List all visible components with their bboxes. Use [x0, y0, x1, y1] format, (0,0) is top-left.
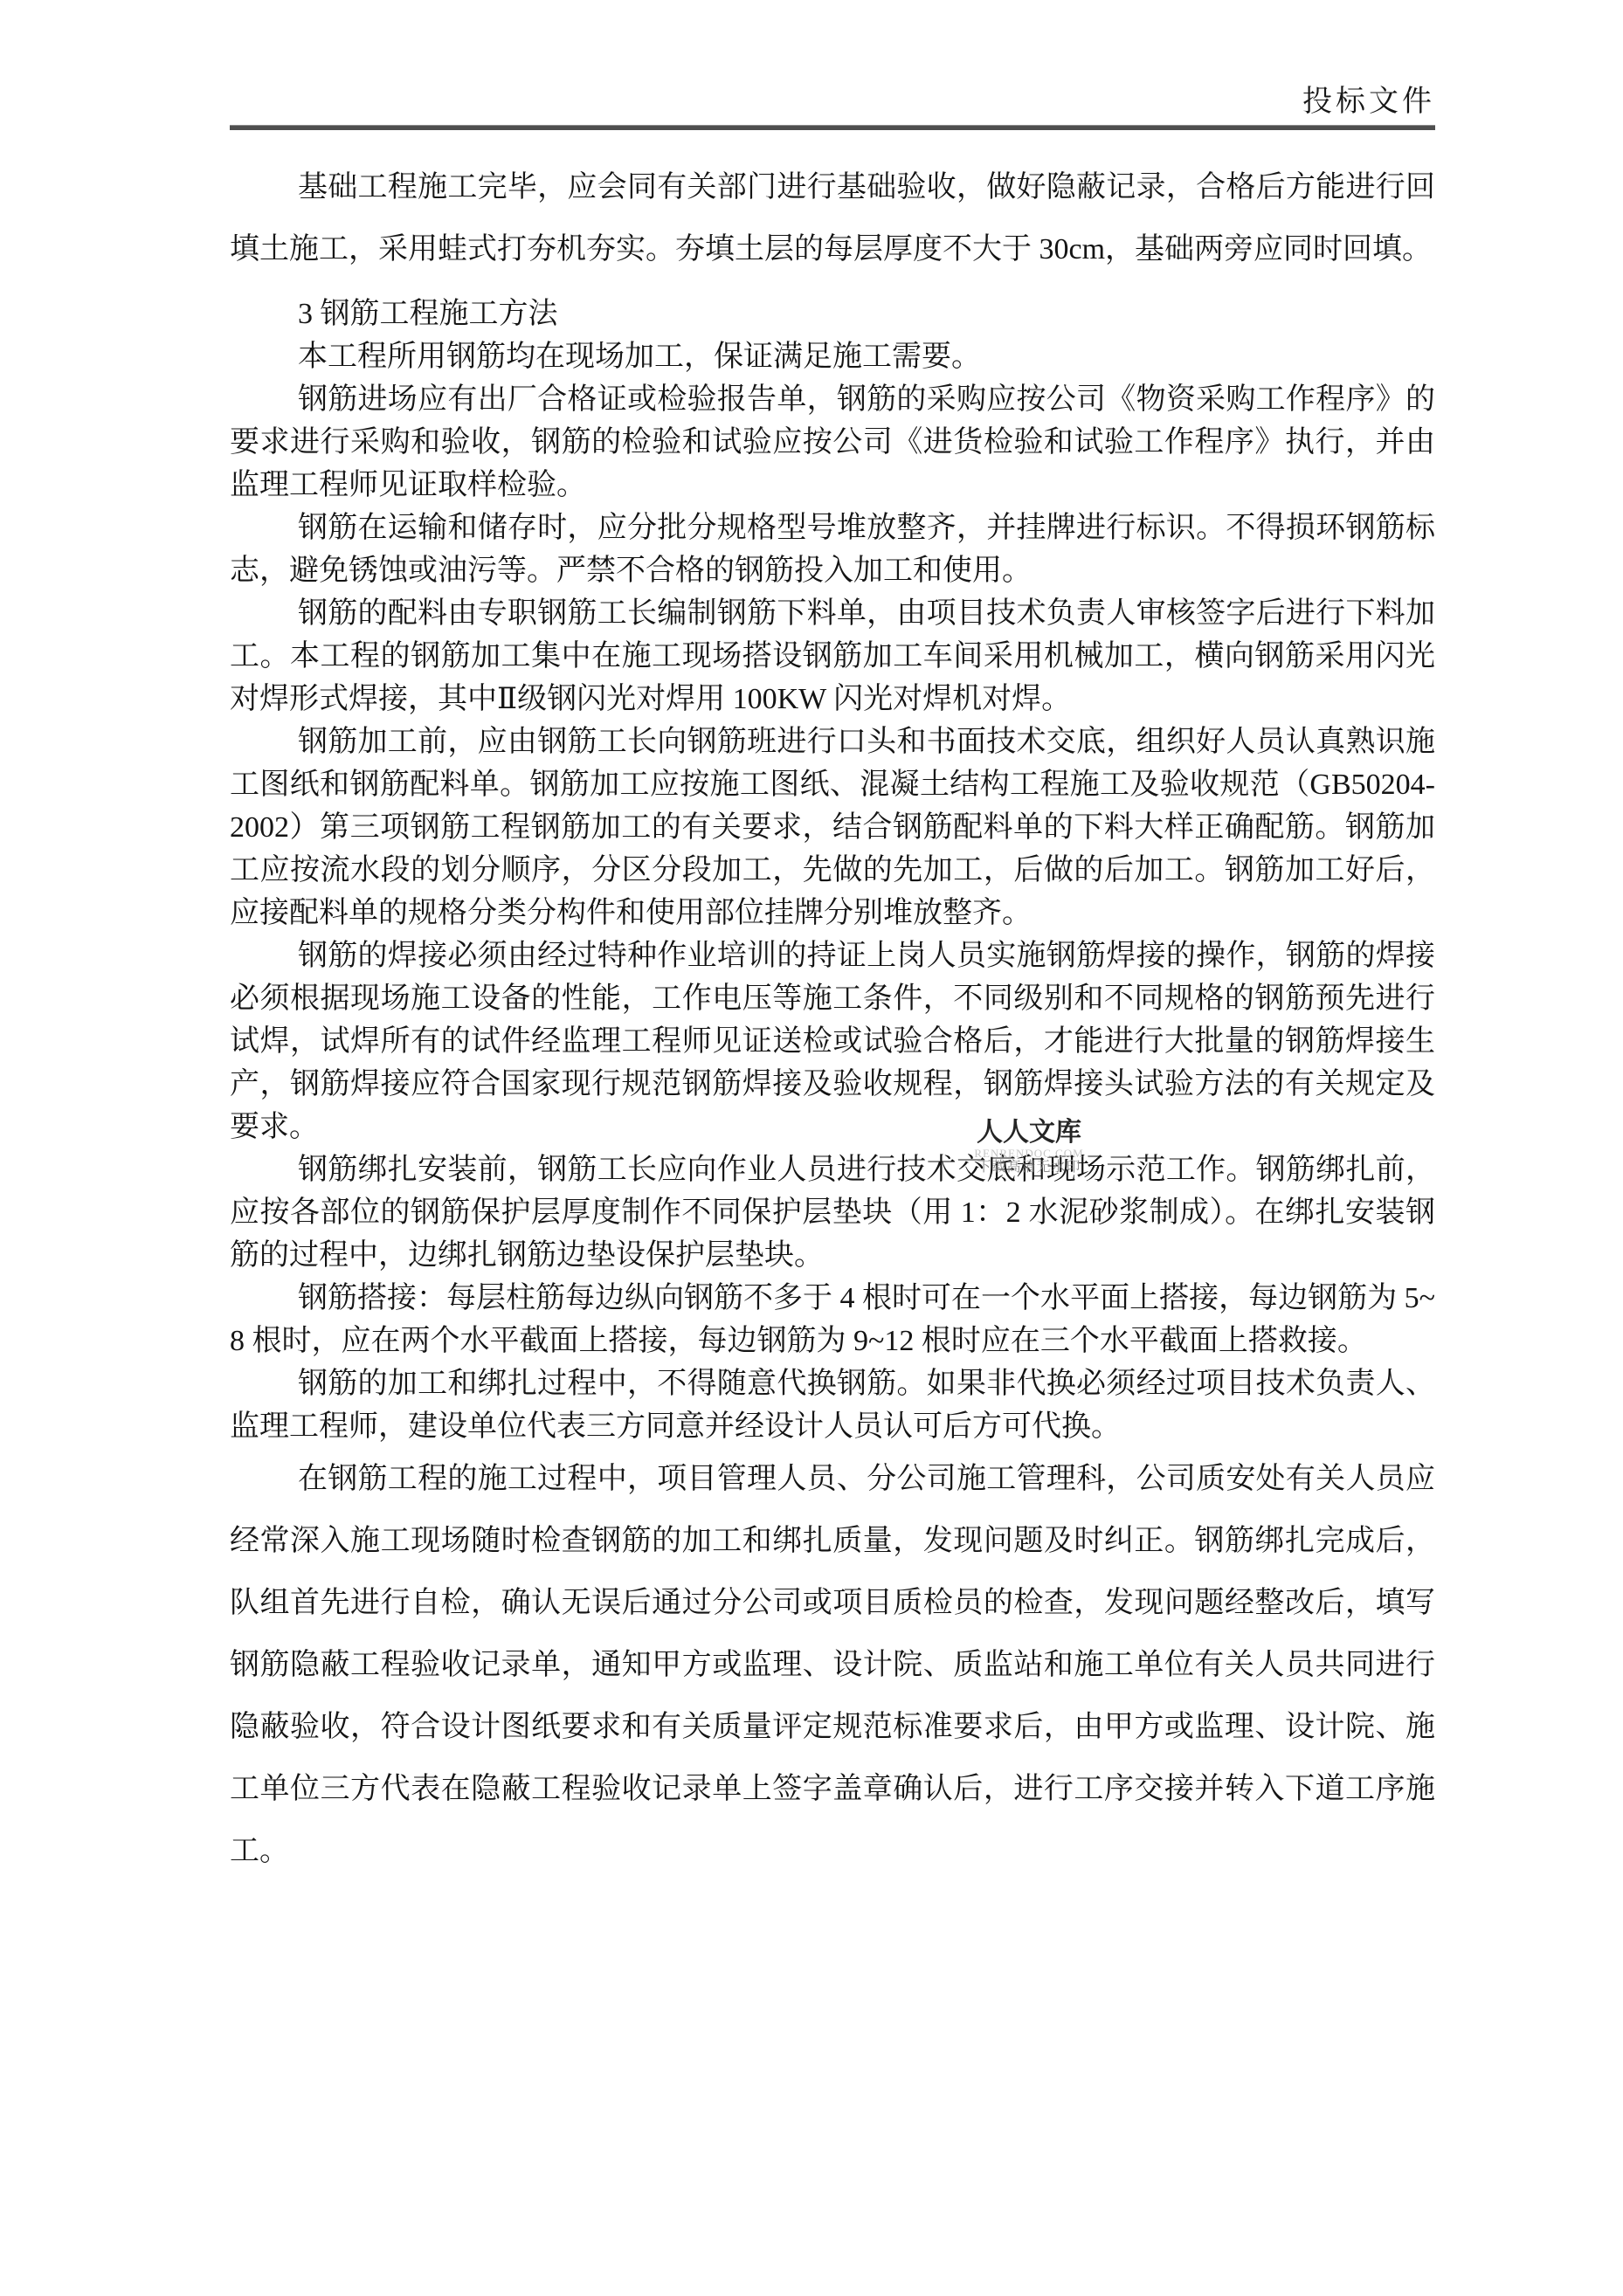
paragraph-binding-preparation: 钢筋绑扎安装前，钢筋工长应向作业人员进行技术交底和现场示范工作。钢筋绑扎前，应按… — [230, 1148, 1435, 1277]
paragraph-lap-splicing: 钢筋搭接：每层柱筋每边纵向钢筋不多于 4 根时可在一个水平面上搭接，每边钢筋为 … — [230, 1277, 1435, 1362]
page-content: 投标文件 基础工程施工完毕，应会同有关部门进行基础验收，做好隐蔽记录，合格后方能… — [230, 84, 1435, 1882]
header-rule — [230, 125, 1435, 130]
paragraph-material-inspection: 钢筋进场应有出厂合格证或检验报告单，钢筋的采购应按公司《物资采购工作程序》的要求… — [230, 378, 1435, 507]
page-header: 投标文件 — [230, 84, 1435, 121]
watermark-domain: RENRENDOC.COM — [966, 1147, 1092, 1160]
document-page: 投标文件 基础工程施工完毕，应会同有关部门进行基础验收，做好隐蔽记录，合格后方能… — [0, 0, 1623, 2296]
paragraph-cutting-list: 钢筋的配料由专职钢筋工长编制钢筋下料单，由项目技术负责人审核签字后进行下料加工。… — [230, 592, 1435, 721]
paragraph-processing-rules: 钢筋加工前，应由钢筋工长向钢筋班进行口头和书面技术交底，组织好人员认真熟识施工图… — [230, 721, 1435, 934]
document-body: 基础工程施工完毕，应会同有关部门进行基础验收，做好隐蔽记录，合格后方能进行回填土… — [230, 156, 1435, 1882]
paragraph-welding-requirements: 钢筋的焊接必须由经过特种作业培训的持证上岗人员实施钢筋焊接的操作，钢筋的焊接必须… — [230, 934, 1435, 1148]
paragraph-transport-storage: 钢筋在运输和储存时，应分批分规格型号堆放整齐，并挂牌进行标识。不得损环钢筋标志，… — [230, 507, 1435, 592]
watermark: 人人文库 RENRENDOC.COM 下载高清无水印 — [966, 1119, 1092, 1176]
paragraph-onsite-processing: 本工程所用钢筋均在现场加工，保证满足施工需要。 — [230, 335, 1435, 378]
watermark-brand: 人人文库 — [966, 1119, 1092, 1147]
page-header-title: 投标文件 — [1302, 86, 1435, 118]
paragraph-foundation-backfill: 基础工程施工完毕，应会同有关部门进行基础验收，做好隐蔽记录，合格后方能进行回填土… — [230, 156, 1435, 280]
paragraph-quality-inspection: 在钢筋工程的施工过程中，项目管理人员、分公司施工管理科，公司质安处有关人员应经常… — [230, 1448, 1435, 1882]
watermark-tagline: 下载高清无水印 — [966, 1160, 1092, 1176]
paragraph-substitution-rules: 钢筋的加工和绑扎过程中，不得随意代换钢筋。如果非代换必须经过项目技术负责人、监理… — [230, 1362, 1435, 1448]
section-heading-rebar-method: 3 钢筋工程施工方法 — [230, 293, 1435, 335]
